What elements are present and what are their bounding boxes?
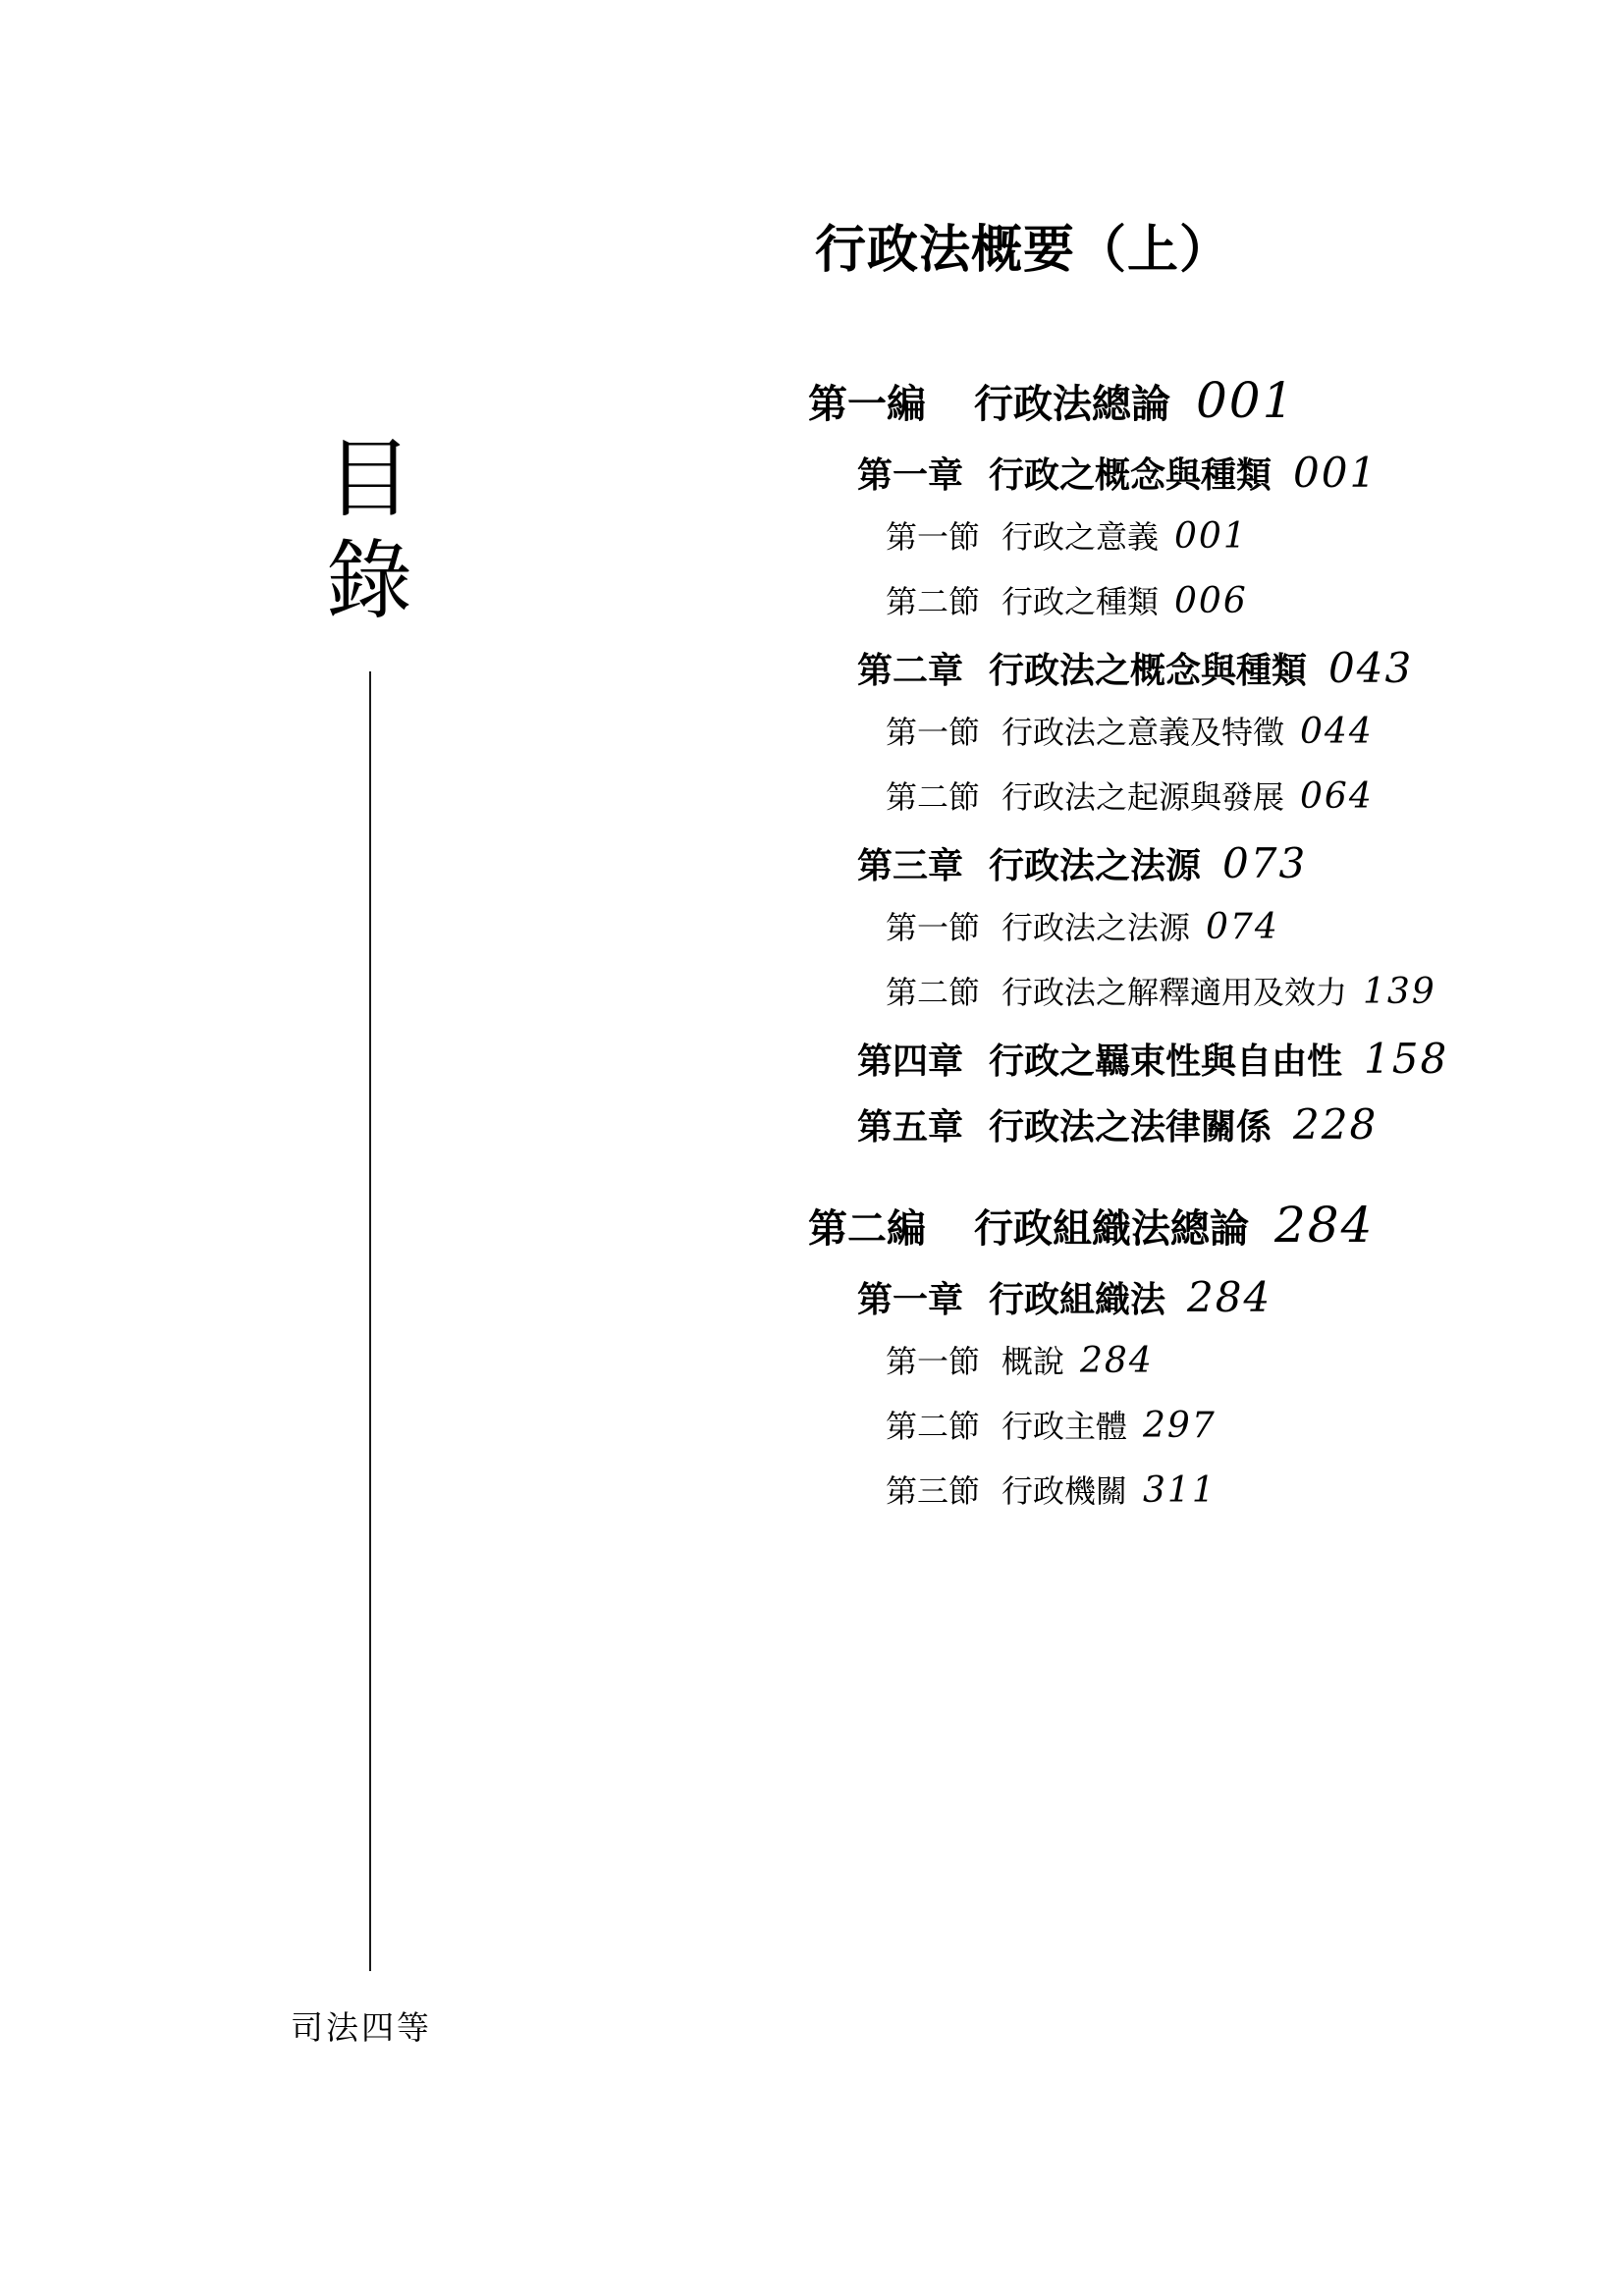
toc-entry-page-number: 044 [1300, 714, 1374, 751]
toc-entry: 第一章 行政之概念與種類 001 [808, 453, 1515, 518]
toc-entry: 第一節 行政法之法源 074 [808, 909, 1515, 974]
toc-entry-label: 第二節 [886, 583, 1001, 620]
toc-entry-label: 第四章 [857, 1041, 989, 1082]
toc-entry-title: 行政機關 [1001, 1472, 1127, 1510]
toc-entry-label: 第五章 [857, 1106, 989, 1148]
toc-entry-page-number: 074 [1206, 909, 1279, 946]
toc-entry-label: 第三章 [857, 845, 989, 886]
toc-entry-title: 行政法之法源 [989, 845, 1201, 886]
toc-entry-page-number: 001 [1174, 518, 1248, 556]
toc-entry-page-number: 311 [1143, 1472, 1217, 1510]
toc-entry-label: 第一節 [886, 714, 1001, 751]
toc-entry: 第三節 行政機關 311 [808, 1472, 1515, 1537]
toc-entry-page-number: 228 [1293, 1104, 1378, 1146]
toc-entry-title: 行政之概念與種類 [989, 454, 1272, 496]
toc-entry-title: 概說 [1001, 1343, 1064, 1380]
toc-entry-title: 行政法之解釋適用及效力 [1001, 974, 1347, 1011]
toc-entry: 第二節 行政主體 297 [808, 1408, 1515, 1472]
toc-entry-label: 第二節 [886, 974, 1001, 1011]
toc-entry-label: 第一章 [857, 454, 989, 496]
toc-entry: 第二節 行政法之解釋適用及效力 139 [808, 974, 1515, 1039]
toc-entry-label: 第二章 [857, 650, 989, 691]
toc-entry-page-number: 297 [1143, 1408, 1217, 1445]
toc-entry: 第二章 行政法之概念與種類 043 [808, 648, 1515, 714]
toc-entry-page-number: 001 [1196, 378, 1295, 423]
toc-heading-char-1: 目 [322, 428, 416, 530]
toc-entry-title: 行政法之法源 [1001, 909, 1190, 946]
toc-entry-label: 第二編 [808, 1206, 974, 1252]
toc-entry-label: 第一節 [886, 909, 1001, 946]
book-title: 行政法概要（上） [815, 208, 1231, 282]
toc-entry-label: 第二節 [886, 778, 1001, 816]
toc-entry-title: 行政之意義 [1001, 518, 1159, 556]
toc-entry: 第二節 行政之種類 006 [808, 583, 1515, 648]
toc-entry-label: 第一編 [808, 382, 974, 427]
toc-heading-vertical: 目 錄 [322, 428, 416, 632]
toc-entry-label: 第一節 [886, 1343, 1001, 1380]
toc-entry: 第一節 行政之意義 001 [808, 518, 1515, 583]
toc-entry-title: 行政主體 [1001, 1408, 1127, 1445]
toc-entry-title: 行政之種類 [1001, 583, 1159, 620]
toc-entry-label: 第一章 [857, 1279, 989, 1320]
toc-entry-title: 行政法總論 [974, 382, 1170, 427]
toc-entry: 第一節 行政法之意義及特徵 044 [808, 714, 1515, 778]
toc-entry-title: 行政組織法總論 [974, 1206, 1249, 1252]
footer-imprint: 司法四等 [291, 2002, 432, 2049]
toc-entry: 第一節 概說 284 [808, 1343, 1515, 1408]
toc-entry: 第三章 行政法之法源 073 [808, 843, 1515, 909]
toc-entry-page-number: 158 [1364, 1039, 1448, 1080]
toc-entry-page-number: 073 [1222, 843, 1307, 884]
toc-list: 第一編 行政法總論 001 第一章 行政之概念與種類 001 第一節 行政之意義… [808, 378, 1515, 1537]
toc-entry: 第四章 行政之羈束性與自由性 158 [808, 1039, 1515, 1104]
toc-entry: 第二編 行政組織法總論 284 [808, 1202, 1515, 1277]
toc-entry-page-number: 284 [1274, 1202, 1374, 1248]
toc-entry-title: 行政之羈束性與自由性 [989, 1041, 1342, 1082]
toc-entry-page-number: 284 [1187, 1277, 1272, 1318]
toc-entry-title: 行政法之法律關係 [989, 1106, 1272, 1148]
vertical-divider-rule [369, 671, 371, 1971]
toc-heading-char-2: 錄 [322, 530, 416, 632]
toc-page: 行政法概要（上） 目 錄 第一編 行政法總論 001 第一章 行政之概念與種類 … [0, 0, 1624, 2296]
toc-entry-title: 行政法之起源與發展 [1001, 778, 1284, 816]
toc-entry-page-number: 006 [1174, 583, 1248, 620]
toc-entry-label: 第一節 [886, 518, 1001, 556]
toc-entry-title: 行政法之意義及特徵 [1001, 714, 1284, 751]
toc-entry-title: 行政組織法 [989, 1279, 1165, 1320]
toc-entry-label: 第二節 [886, 1408, 1001, 1445]
toc-entry-page-number: 001 [1293, 453, 1378, 494]
toc-entry-page-number: 139 [1363, 974, 1436, 1011]
toc-entry: 第五章 行政法之法律關係 228 [808, 1104, 1515, 1170]
toc-entry: 第一章 行政組織法 284 [808, 1277, 1515, 1343]
toc-entry-title: 行政法之概念與種類 [989, 650, 1307, 691]
toc-entry-label: 第三節 [886, 1472, 1001, 1510]
toc-entry: 第二節 行政法之起源與發展 064 [808, 778, 1515, 843]
toc-entry-page-number: 043 [1328, 648, 1413, 689]
toc-entry: 第一編 行政法總論 001 [808, 378, 1515, 453]
toc-entry-page-number: 284 [1080, 1343, 1154, 1380]
toc-entry-page-number: 064 [1300, 778, 1374, 816]
